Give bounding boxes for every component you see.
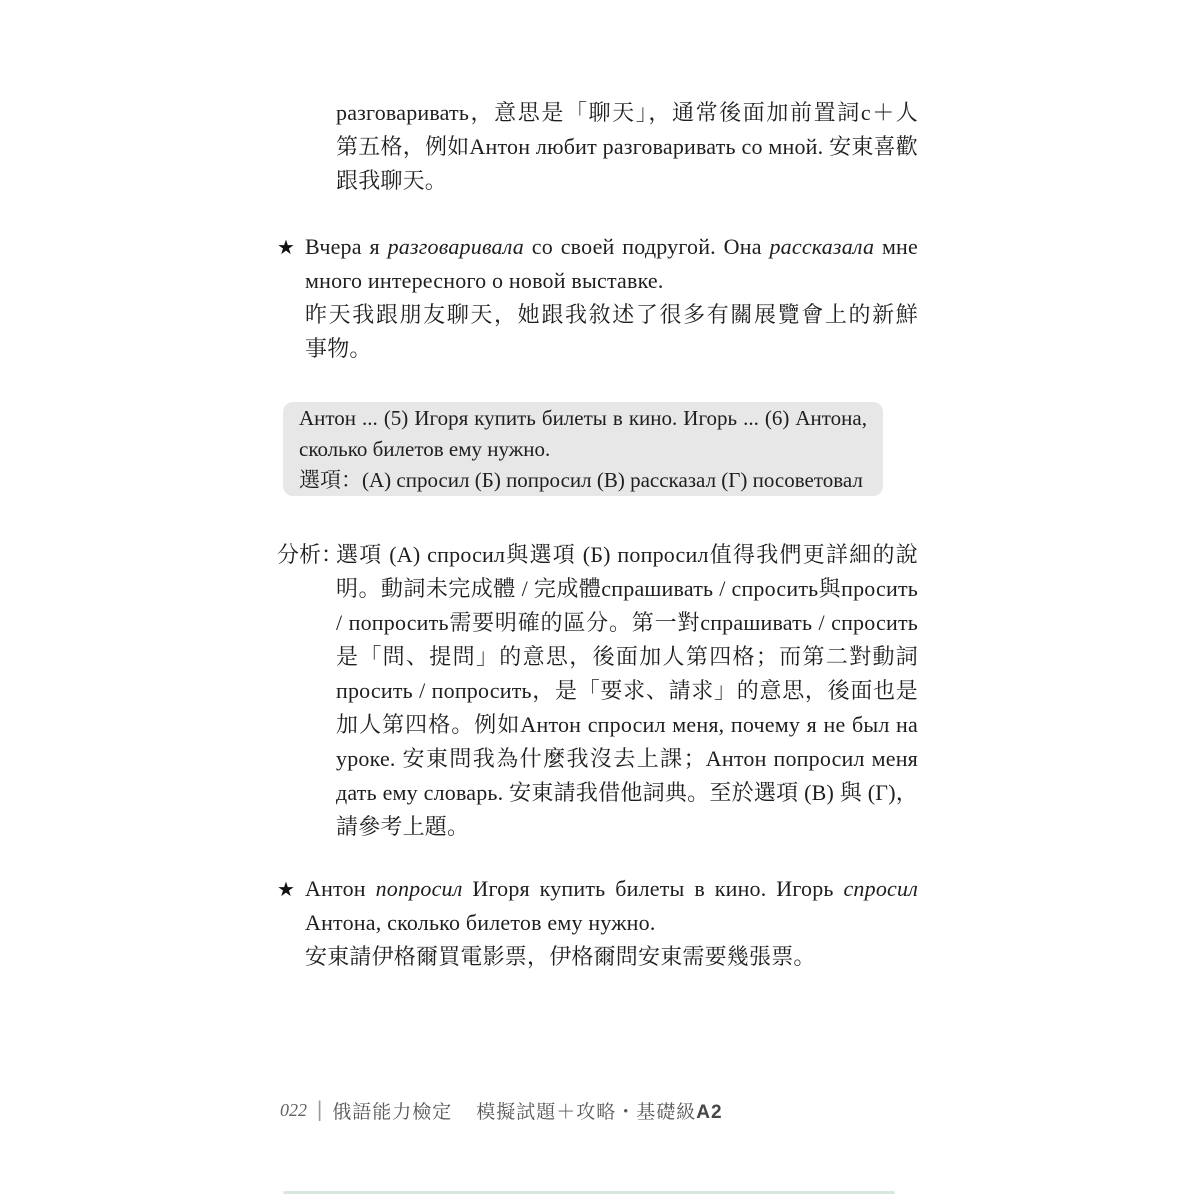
text-line: 請參考上題。 (336, 810, 918, 844)
book-page: разговаривать，意思是「聊天」，通常後面加前置詞с＋人 第五格，例如… (0, 0, 1200, 1200)
text-line: Антона, сколько билетов ему нужно. (305, 906, 918, 940)
text-line: 事物。 (305, 332, 918, 366)
level-badge: A2 (696, 1102, 722, 1123)
example-sentence-2: Антон попросил Игоря купить билеты в кин… (305, 872, 918, 974)
analysis-label: 分析： (277, 538, 343, 572)
text-line: дать ему словарь. 安東請我借他詞典。至於選項 (В) 與 (Г… (336, 776, 918, 810)
italic-russian-word: рассказала (769, 234, 874, 259)
text-line: просить / попросить，是「要求、請求」的意思，後面也是 (336, 674, 918, 708)
text-line: 跟我聊天。 (336, 164, 918, 198)
text-line: 明。動詞未完成體 / 完成體спрашивать / спросить與прос… (336, 572, 918, 606)
text-line: 選項 (А) спросил與選項 (Б) попросил值得我們更詳細的說 (336, 538, 918, 572)
star-icon: ★ (277, 230, 295, 264)
text-line: 昨天我跟朋友聊天，她跟我敘述了很多有關展覽會上的新鮮 (305, 298, 918, 332)
example-sentence-1: Вчера я разговаривала со своей подругой.… (305, 230, 918, 366)
analysis-content: 選項 (А) спросил與選項 (Б) попросил值得我們更詳細的說 … (336, 538, 918, 844)
subtitle-text: 模擬試題＋攻略・基礎級 (476, 1102, 696, 1123)
text-line: 安東請伊格爾買電影票，伊格爾問安東需要幾張票。 (305, 940, 918, 974)
text-line: много интересного о новой выставке. (305, 264, 918, 298)
italic-russian-word: спросил (843, 876, 918, 901)
text-line: 選項：(А) спросил (Б) попросил (В) рассказа… (299, 465, 867, 496)
continuation-paragraph: разговаривать，意思是「聊天」，通常後面加前置詞с＋人 第五格，例如… (336, 96, 918, 198)
book-title: 俄語能力檢定 (332, 1097, 452, 1124)
italic-russian-word: попросил (376, 876, 463, 901)
text-line: 第五格，例如Антон любит разговаривать со мной.… (336, 130, 918, 164)
text-segment: Антон (305, 876, 376, 901)
text-segment: Игоря купить билеты в кино. Игорь (463, 876, 844, 901)
text-line: разговаривать，意思是「聊天」，通常後面加前置詞с＋人 (336, 96, 918, 130)
text-segment: со своей подругой. Она (524, 234, 769, 259)
text-line: 是「問、提問」的意思，後面加人第四格；而第二對動詞 (336, 640, 918, 674)
exercise-box: Антон ... (5) Игоря купить билеты в кино… (283, 402, 883, 496)
text-line: уроке. 安東問我為什麼我沒去上課；Антон попросил меня (336, 742, 918, 776)
text-line: / попросить需要明確的區分。第一對спрашивать / спрос… (336, 606, 918, 640)
text-line: сколько билетов ему нужно. (299, 434, 867, 465)
page-footer: 022 | 俄語能力檢定 模擬試題＋攻略・基礎級A2 (280, 1097, 723, 1123)
text-line: Антон ... (5) Игоря купить билеты в кино… (299, 403, 867, 434)
text-line: Антон попросил Игоря купить билеты в кин… (305, 872, 918, 906)
text-segment: Вчера я (305, 234, 388, 259)
bottom-accent-line (283, 1191, 895, 1194)
footer-separator: | (317, 1097, 322, 1122)
text-segment: мне (874, 234, 918, 259)
italic-russian-word: разговаривала (388, 234, 524, 259)
star-icon: ★ (277, 872, 295, 906)
text-line: Вчера я разговаривала со своей подругой.… (305, 230, 918, 264)
page-number: 022 (280, 1100, 307, 1121)
text-line: 加人第四格。例如Антон спросил меня, почему я не … (336, 708, 918, 742)
book-subtitle: 模擬試題＋攻略・基礎級A2 (476, 1097, 722, 1124)
